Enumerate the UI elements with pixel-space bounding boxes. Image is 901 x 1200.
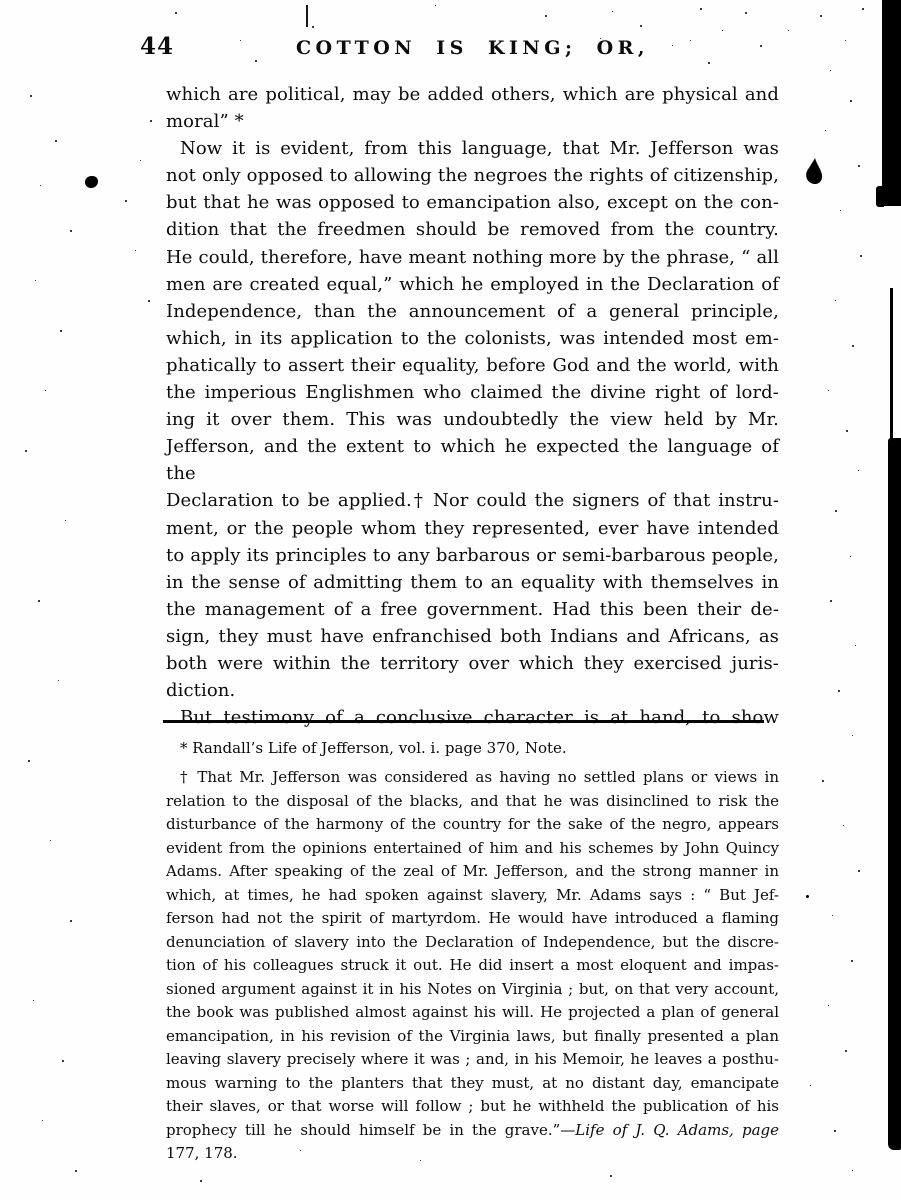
text-line: sign, they must have enfranchised both I… (166, 623, 779, 650)
scan-noise-speck (810, 1085, 811, 1086)
scan-noise-speck (612, 11, 613, 12)
scan-noise-speck (858, 165, 860, 167)
scan-noise-speck (40, 185, 41, 186)
scan-noise-speck (42, 1120, 43, 1121)
scan-noise-speck (672, 45, 673, 46)
text-line: phatically to assert their equality, bef… (166, 352, 779, 379)
text-line: in the sense of admitting them to an equ… (166, 569, 779, 596)
scan-noise-speck (708, 62, 710, 64)
text-line: mous warning to the planters that they m… (166, 1072, 779, 1096)
scan-noise-speck (175, 12, 177, 14)
text-line: the imperious Englishmen who claimed the… (166, 379, 779, 406)
ink-blot-right-margin (803, 158, 825, 188)
book-page: 44 COTTON IS KING; OR, which are politic… (0, 0, 901, 1200)
scan-noise-speck (852, 345, 854, 347)
scan-noise-speck (200, 1180, 202, 1182)
text-line: which are political, may be added others… (166, 81, 779, 108)
scan-noise-speck (788, 30, 789, 31)
scan-noise-speck (858, 470, 859, 471)
scan-noise-speck (25, 450, 27, 452)
scan-noise-speck (845, 1050, 847, 1052)
text-line: He could, therefore, have meant nothing … (166, 244, 779, 271)
text-line: Adams. After speaking of the zeal of Mr.… (166, 860, 779, 884)
scan-noise-speck (70, 230, 72, 232)
text-line: not only opposed to allowing the negroes… (166, 162, 779, 189)
text-line: Independence, than the announcement of a… (166, 298, 779, 325)
scan-noise-speck (30, 95, 32, 97)
scan-noise-speck (35, 280, 36, 281)
scan-noise-speck (312, 26, 314, 28)
scan-noise-speck (852, 1170, 853, 1171)
scan-noise-speck (860, 255, 862, 257)
text-line: which, in its application to the colonis… (166, 325, 779, 352)
text-line: 177, 178. (166, 1142, 779, 1166)
scan-noise-speck (825, 130, 826, 131)
scan-edge-bar-top-right (882, 0, 901, 206)
text-line: Declaration to be applied.† Nor could th… (166, 487, 779, 514)
text-line: their slaves, or that worse will follow … (166, 1095, 779, 1119)
scan-noise-speck (435, 5, 436, 6)
scan-noise-speck (60, 330, 62, 332)
scan-noise-speck (830, 600, 832, 602)
scan-noise-speck (148, 300, 150, 302)
scan-noise-speck (835, 510, 837, 512)
scan-noise-speck (610, 1175, 612, 1177)
scan-noise-speck (845, 40, 846, 41)
text-line: leaving slavery precisely where it was ;… (166, 1048, 779, 1072)
ink-blot-left-margin (85, 176, 98, 188)
text-line: ing it over them. This was undoubtedly t… (166, 406, 779, 433)
scan-edge-line-right (890, 288, 893, 440)
text-line: ment, or the people whom they represente… (166, 515, 779, 542)
scan-noise-speck (420, 1160, 421, 1161)
scan-edge-bar-bump (876, 186, 884, 207)
scan-noise-speck (140, 160, 141, 161)
scan-noise-speck (600, 38, 601, 39)
scan-noise-speck (150, 120, 152, 122)
citation-italic: Life of J. Q. Adams, page (575, 1121, 779, 1139)
scan-noise-speck (828, 390, 829, 391)
scan-noise-speck (255, 60, 257, 62)
scan-noise-speck (828, 1005, 829, 1006)
text-line: ferson had not the spirit of martyrdom. … (166, 907, 779, 931)
scan-noise-speck (843, 825, 844, 826)
text-line: sioned argument against it in his Notes … (166, 978, 779, 1002)
scan-noise-speck (135, 250, 136, 251)
text-line: tion of his colleagues struck it out. He… (166, 954, 779, 978)
scan-noise-speck (822, 780, 824, 782)
scan-noise-speck (62, 1060, 64, 1062)
scan-noise-speck (862, 8, 864, 10)
scan-noise-speck (851, 960, 853, 962)
text-line: prophecy till he should himself be in th… (166, 1119, 779, 1143)
text-line: the book was published almost against hi… (166, 1001, 779, 1025)
running-header-title: COTTON IS KING; OR, (166, 37, 779, 59)
scan-noise-speck (834, 1130, 836, 1132)
scan-edge-bar-right (888, 438, 901, 1150)
footnote-randall-reference: * Randall’s Life of Jefferson, vol. i. p… (166, 737, 779, 761)
text-line: to apply its principles to any barbarous… (166, 542, 779, 569)
text-line: but that he was opposed to emancipation … (166, 189, 779, 216)
scan-noise-speck (850, 100, 852, 102)
text-line: the management of a free government. Had… (166, 596, 779, 623)
scan-noise-speck (700, 8, 702, 10)
scan-noise-speck (835, 300, 836, 301)
text-line: diction. (166, 677, 779, 704)
scan-noise-speck (70, 920, 72, 922)
scan-noise-speck (760, 45, 762, 47)
scan-noise-speck (846, 430, 848, 432)
text-line: Now it is evident, from this language, t… (166, 135, 779, 162)
scan-noise-speck (832, 915, 833, 916)
scan-noise-speck (690, 40, 691, 41)
scan-tick-mark-top (306, 5, 308, 27)
scan-noise-speck (58, 680, 59, 681)
text-line: both were within the territory over whic… (166, 650, 779, 677)
text-line: * Randall’s Life of Jefferson, vol. i. p… (166, 737, 779, 761)
body-text: which are political, may be added others… (166, 81, 779, 731)
scan-noise-speck (640, 25, 642, 27)
text-line: relation to the disposal of the blacks, … (166, 790, 779, 814)
scan-noise-speck (858, 870, 860, 872)
scan-noise-speck (65, 520, 66, 521)
text-line: men are created equal,” which he employe… (166, 271, 779, 298)
text-line: dition that the freedmen should be remov… (166, 216, 779, 243)
text-line: denunciation of slavery into the Declara… (166, 931, 779, 955)
scan-noise-speck (838, 690, 840, 692)
scan-noise-speck (45, 390, 46, 391)
text-line: evident from the opinions entertained of… (166, 837, 779, 861)
text-line: But testimony of a conclusive character … (166, 704, 779, 731)
text-line: disturbance of the harmony of the countr… (166, 813, 779, 837)
scan-noise-speck (722, 30, 723, 31)
scan-noise-speck (33, 1000, 34, 1001)
text-line: which, at times, he had spoken against s… (166, 884, 779, 908)
scan-noise-speck (28, 760, 30, 762)
text-line: moral” * (166, 108, 779, 135)
scan-noise-speck (240, 40, 241, 41)
footnote-jefferson-adams-quote: † That Mr. Jefferson was considered as h… (166, 766, 779, 1166)
scan-noise-speck (855, 645, 856, 646)
scan-noise-speck (850, 556, 851, 557)
scan-noise-speck (820, 15, 822, 17)
scan-noise-speck (852, 735, 853, 736)
scan-noise-speck (125, 200, 127, 202)
scan-noise-speck (300, 1150, 301, 1151)
text-line: Jefferson, and the extent to which he ex… (166, 433, 779, 487)
scan-noise-speck (545, 15, 547, 17)
scan-noise-speck (75, 1170, 77, 1172)
scan-noise-speck (830, 70, 831, 71)
scan-noise-speck (55, 140, 57, 142)
scan-noise-speck (745, 12, 747, 14)
footnote-divider-rule (163, 720, 764, 723)
scan-noise-speck (806, 895, 809, 898)
scan-noise-speck (50, 840, 51, 841)
scan-noise-speck (38, 600, 40, 602)
text-line: † That Mr. Jefferson was considered as h… (166, 766, 779, 790)
scan-noise-speck (840, 210, 841, 211)
text-line: emancipation, in his revision of the Vir… (166, 1025, 779, 1049)
